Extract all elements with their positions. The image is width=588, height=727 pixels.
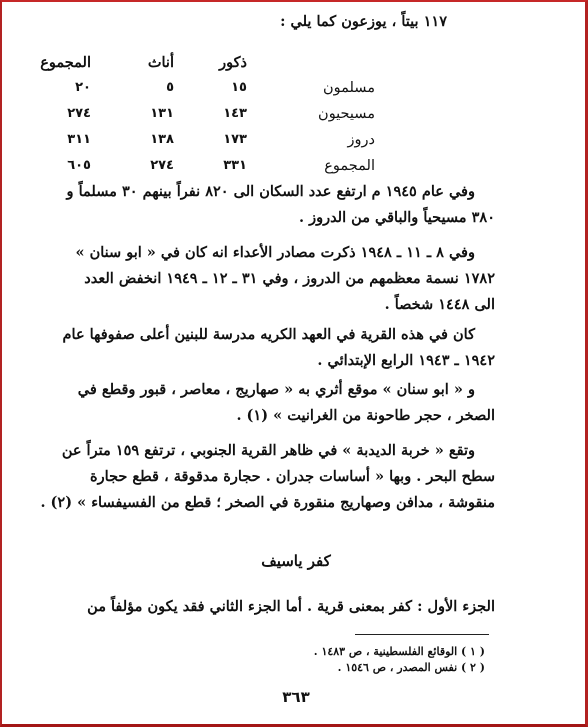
section-first-line: الجزء الأول : كفر بمعنى قرية . أما الجزء… (35, 594, 495, 620)
cell-total: ٢٠ (75, 80, 91, 95)
footnote-divider (355, 634, 489, 635)
cell-total: ٣١١ (67, 132, 91, 147)
row-label: دروز (348, 132, 375, 148)
text-line: كان في هذه القرية في العهد الكريه مدرسة … (35, 322, 495, 348)
population-table: ذكور أناث المجموع مسلمون ١٥ ٥ ٢٠ مسيحيون… (13, 54, 375, 184)
cell-male: ١٤٣ (223, 106, 247, 121)
footnote-1: ( ١ ) الوقائع الفلسطينية ، ص ١٤٨٣ . (314, 644, 485, 660)
cell-female: ٢٧٤ (150, 158, 174, 173)
header-male: ذكور (219, 54, 247, 71)
text-line: منقوشة ، مدافن وصهاريج منقورة في الصخر ؛… (35, 490, 495, 516)
text-line: الى ١٤٤٨ شخصاً . (35, 292, 495, 318)
book-page: ١١٧ بيتاً ، يوزعون كما يلي : ذكور أناث ا… (0, 0, 588, 727)
paragraph-1945: وفي عام ١٩٤٥ م ارتفع عدد السكان الى ٨٢٠ … (35, 179, 495, 231)
table-row: مسلمون ١٥ ٥ ٢٠ (13, 80, 375, 106)
paragraph-1948: وفي ٨ ـ ١١ ـ ١٩٤٨ ذكرت مصادر الأعداء انه… (35, 240, 495, 318)
row-label: مسلمون (323, 80, 375, 96)
cell-female: ١٣٨ (150, 132, 174, 147)
row-label: مسيحيون (318, 106, 375, 122)
page-number: ٣٦٣ (2, 688, 588, 706)
cell-female: ٥ (166, 80, 174, 95)
text-line: ١٩٤٢ ـ ١٩٤٣ الرابع الإبتدائي . (35, 348, 495, 374)
header-total: المجموع (40, 54, 91, 71)
cell-total: ٦٠٥ (67, 158, 91, 173)
text-line: وفي عام ١٩٤٥ م ارتفع عدد السكان الى ٨٢٠ … (35, 179, 495, 205)
text-line: وتقع « خربة الديدبة » في ظاهر القرية الج… (35, 438, 495, 464)
text-line: الجزء الأول : كفر بمعنى قرية . أما الجزء… (35, 594, 495, 620)
text-line: وفي ٨ ـ ١١ ـ ١٩٤٨ ذكرت مصادر الأعداء انه… (35, 240, 495, 266)
text-line: ٣٨٠ مسيحياً والباقي من الدروز . (35, 205, 495, 231)
text-line: سطح البحر . وبها « أساسات جدران . حجارة … (35, 464, 495, 490)
header-female: أناث (148, 54, 174, 71)
text-line: ١٧٨٢ نسمة معظمهم من الدروز ، وفي ٣١ ـ ١٢… (35, 266, 495, 292)
text-line: و « ابو سنان » موقع أثري به « صهاريج ، م… (35, 377, 495, 403)
intro-line: ١١٧ بيتاً ، يوزعون كما يلي : (280, 12, 447, 32)
table-row: دروز ١٧٣ ١٣٨ ٣١١ (13, 132, 375, 158)
table-row: مسيحيون ١٤٣ ١٣١ ٢٧٤ (13, 106, 375, 132)
cell-male: ٣٣١ (223, 158, 247, 173)
row-label: المجموع (324, 158, 375, 174)
table-header-row: ذكور أناث المجموع (13, 54, 375, 80)
section-heading: كفر ياسيف (2, 552, 588, 570)
cell-male: ١٥ (231, 80, 247, 95)
paragraph-school: كان في هذه القرية في العهد الكريه مدرسة … (35, 322, 495, 374)
cell-female: ١٣١ (150, 106, 174, 121)
paragraph-abu-sinan-site: و « ابو سنان » موقع أثري به « صهاريج ، م… (35, 377, 495, 429)
footnote-2: ( ٢ ) نفس المصدر ، ص ١٥٤٦ . (338, 660, 485, 676)
text-line: الصخر ، حجر طاحونة من الغرانيت » (١) . (35, 403, 495, 429)
paragraph-khirbet-didba: وتقع « خربة الديدبة » في ظاهر القرية الج… (35, 438, 495, 516)
cell-total: ٢٧٤ (67, 106, 91, 121)
cell-male: ١٧٣ (223, 132, 247, 147)
